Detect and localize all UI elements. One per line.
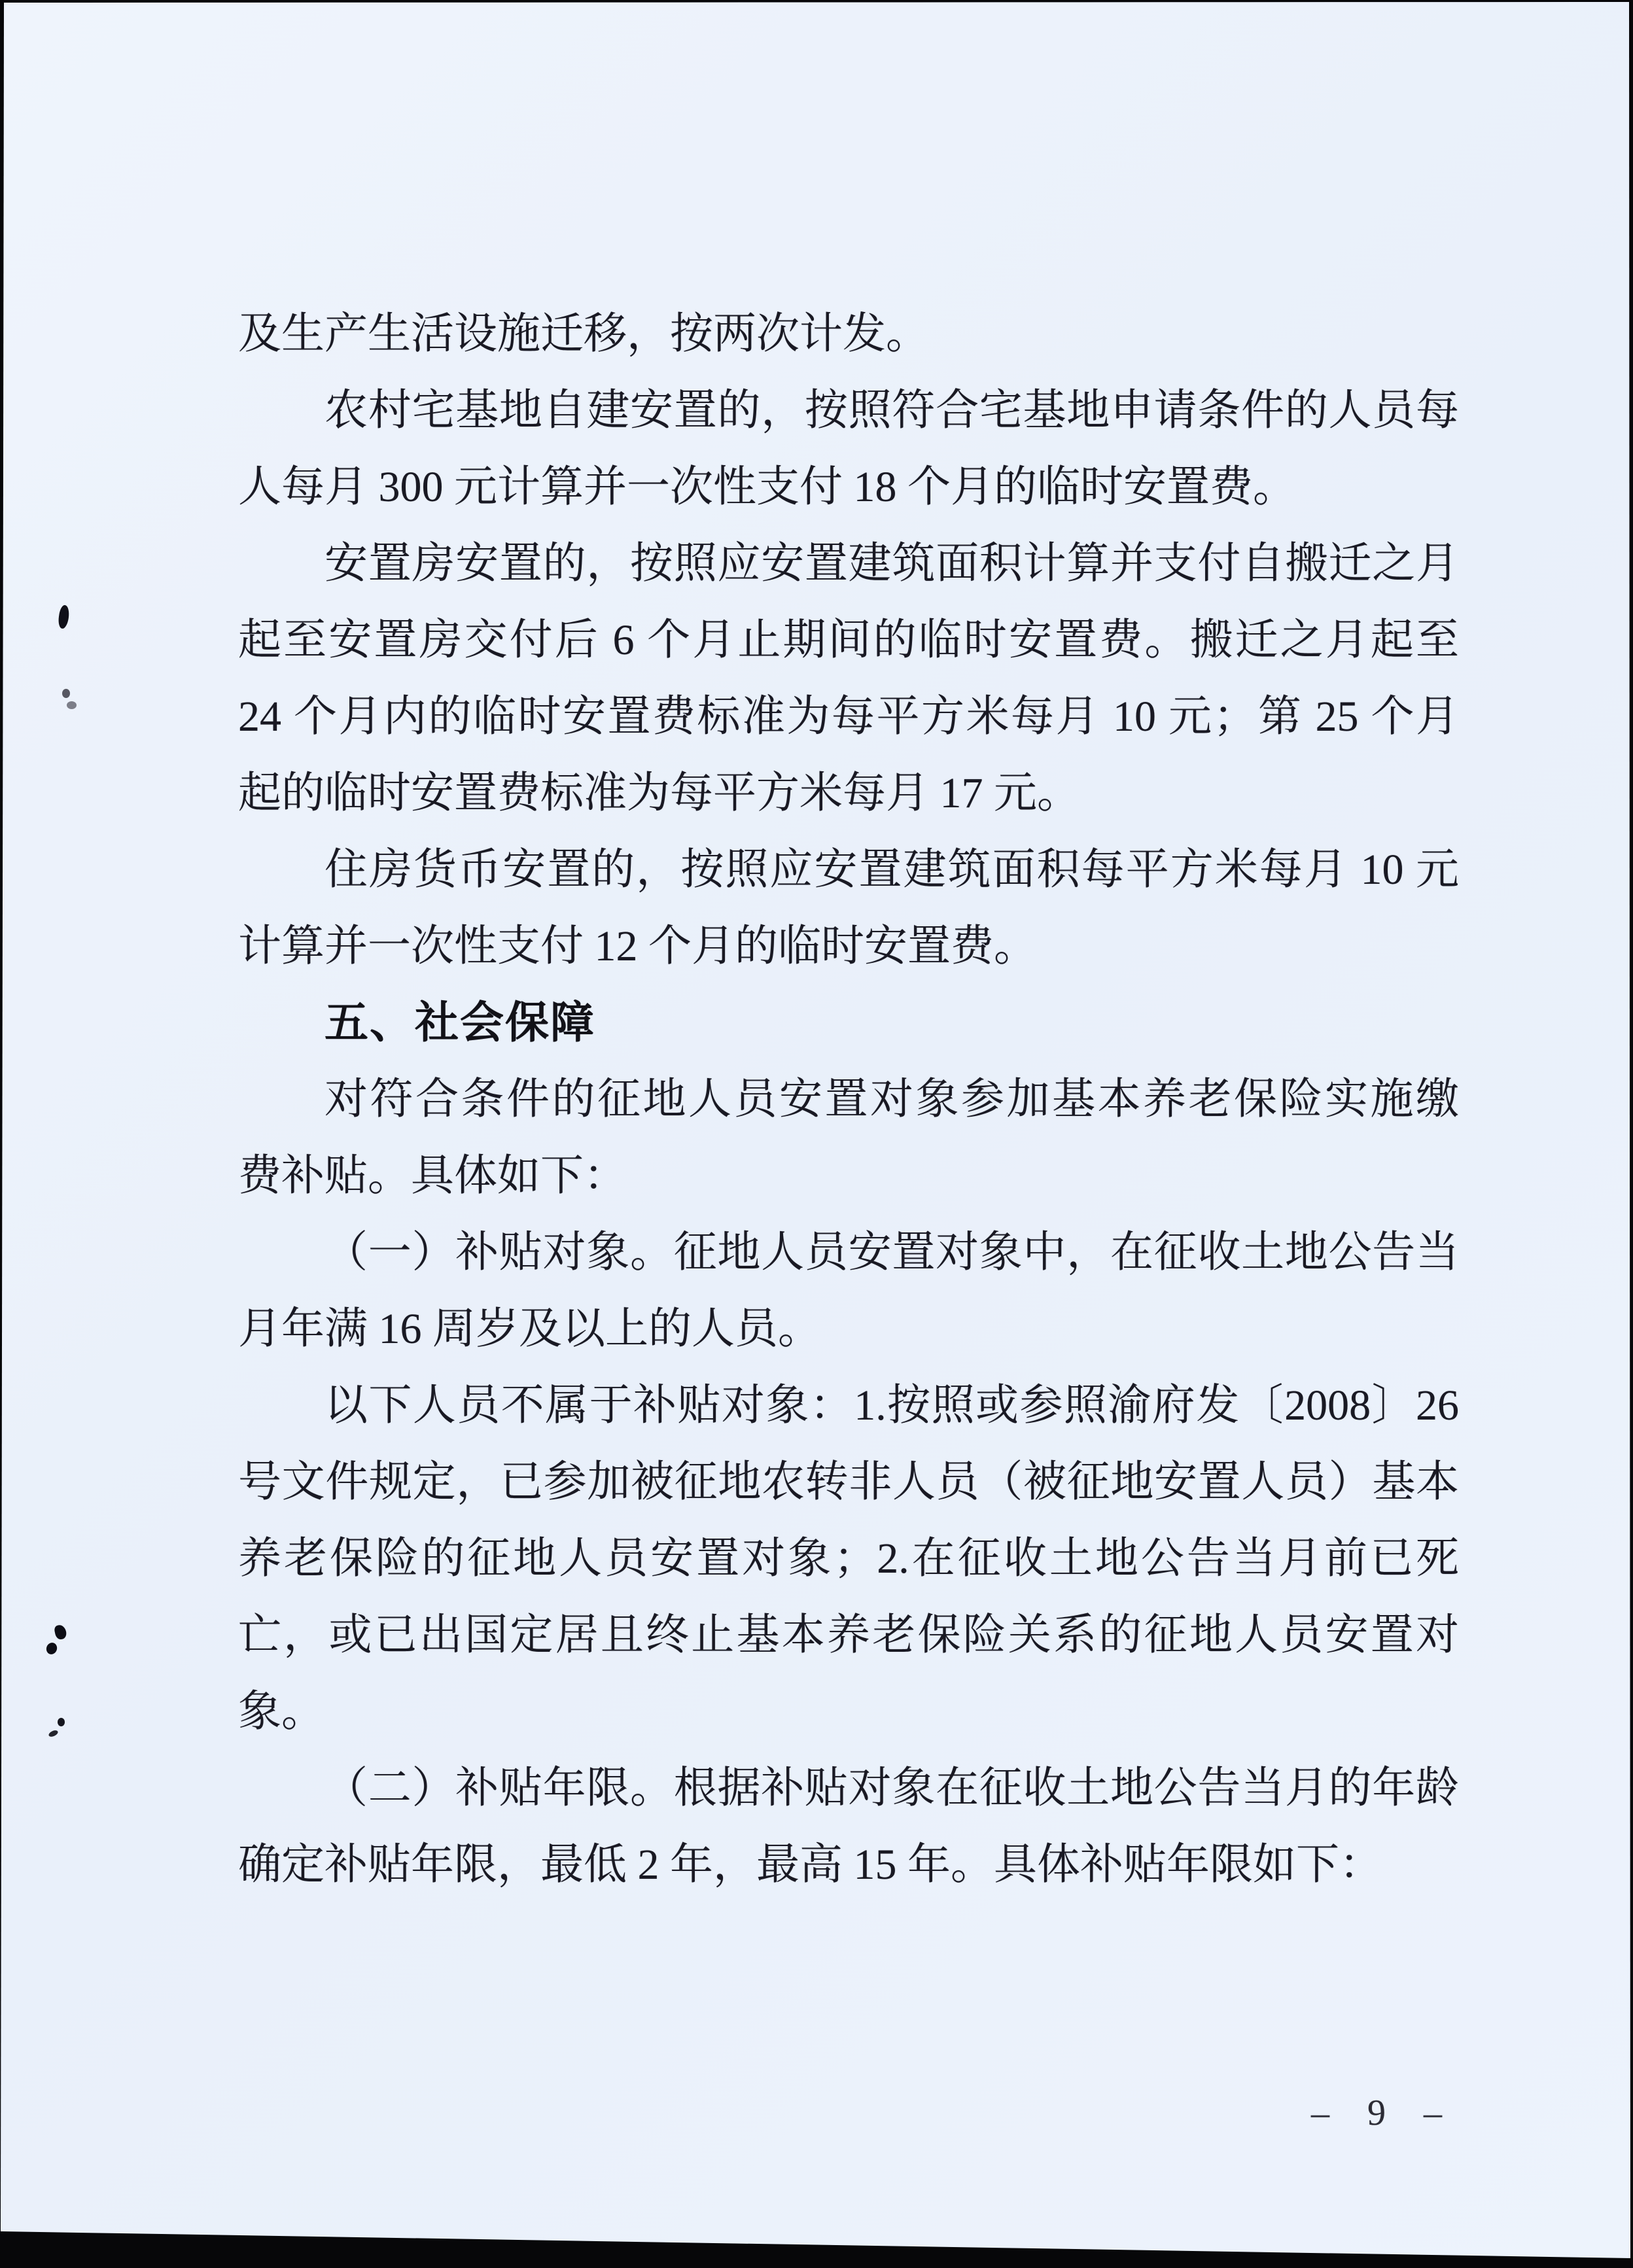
- text-line: 人每月 300 元计算并一次性支付 18 个月的临时安置费。: [238, 449, 1459, 525]
- text-line: 安置房安置的，按照应安置建筑面积计算并支付自搬迁之月: [238, 525, 1459, 602]
- document-text: 及生产生活设施迁移，按两次计发。 农村宅基地自建安置的，按照符合宅基地申请条件的…: [238, 296, 1459, 1903]
- text-line: 农村宅基地自建安置的，按照符合宅基地申请条件的人员每: [238, 372, 1459, 449]
- ink-speck: [62, 689, 70, 698]
- text-line: 以下人员不属于补贴对象：1.按照或参照渝府发〔2008〕26: [238, 1367, 1459, 1444]
- text-line: （一）补贴对象。征地人员安置对象中，在征收土地公告当: [238, 1214, 1459, 1291]
- text-line: 费补贴。具体如下：: [238, 1138, 1459, 1214]
- text-line: 确定补贴年限，最低 2 年，最高 15 年。具体补贴年限如下：: [238, 1826, 1459, 1903]
- text-line: 亡，或已出国定居且终止基本养老保险关系的征地人员安置对: [238, 1597, 1459, 1673]
- text-line: 号文件规定，已参加被征地农转非人员（被征地安置人员）基本: [238, 1444, 1459, 1520]
- ink-speck: [58, 604, 71, 629]
- text-line: 月年满 16 周岁及以上的人员。: [238, 1291, 1459, 1367]
- ink-speck: [54, 1624, 67, 1640]
- text-line: 象。: [238, 1673, 1459, 1750]
- ink-speck: [44, 1641, 59, 1656]
- scan-background: { "colors": { "paper": "#ecf2fb", "text"…: [0, 0, 1633, 2268]
- text-line: 对符合条件的征地人员安置对象参加基本养老保险实施缴: [238, 1061, 1459, 1138]
- text-line: 养老保险的征地人员安置对象；2.在征收土地公告当月前已死: [238, 1520, 1459, 1597]
- text-line: 24 个月内的临时安置费标准为每平方米每月 10 元；第 25 个月: [238, 678, 1459, 755]
- text-line: 起的临时安置费标准为每平方米每月 17 元。: [238, 755, 1459, 831]
- ink-speck: [67, 701, 77, 709]
- text-line: 起至安置房交付后 6 个月止期间的临时安置费。搬迁之月起至: [238, 602, 1459, 678]
- ink-speck: [58, 1718, 65, 1726]
- ink-speck: [48, 1729, 59, 1738]
- section-heading: 五、社会保障: [238, 985, 1459, 1061]
- text-line: （二）补贴年限。根据补贴对象在征收土地公告当月的年龄: [238, 1750, 1459, 1826]
- scanned-page: 及生产生活设施迁移，按两次计发。 农村宅基地自建安置的，按照符合宅基地申请条件的…: [0, 0, 1633, 2268]
- text-line: 计算并一次性支付 12 个月的临时安置费。: [238, 908, 1459, 985]
- text-line: 及生产生活设施迁移，按两次计发。: [238, 296, 1459, 372]
- text-line: 住房货币安置的，按照应安置建筑面积每平方米每月 10 元: [238, 831, 1459, 908]
- page-number: – 9 –: [1311, 2092, 1454, 2134]
